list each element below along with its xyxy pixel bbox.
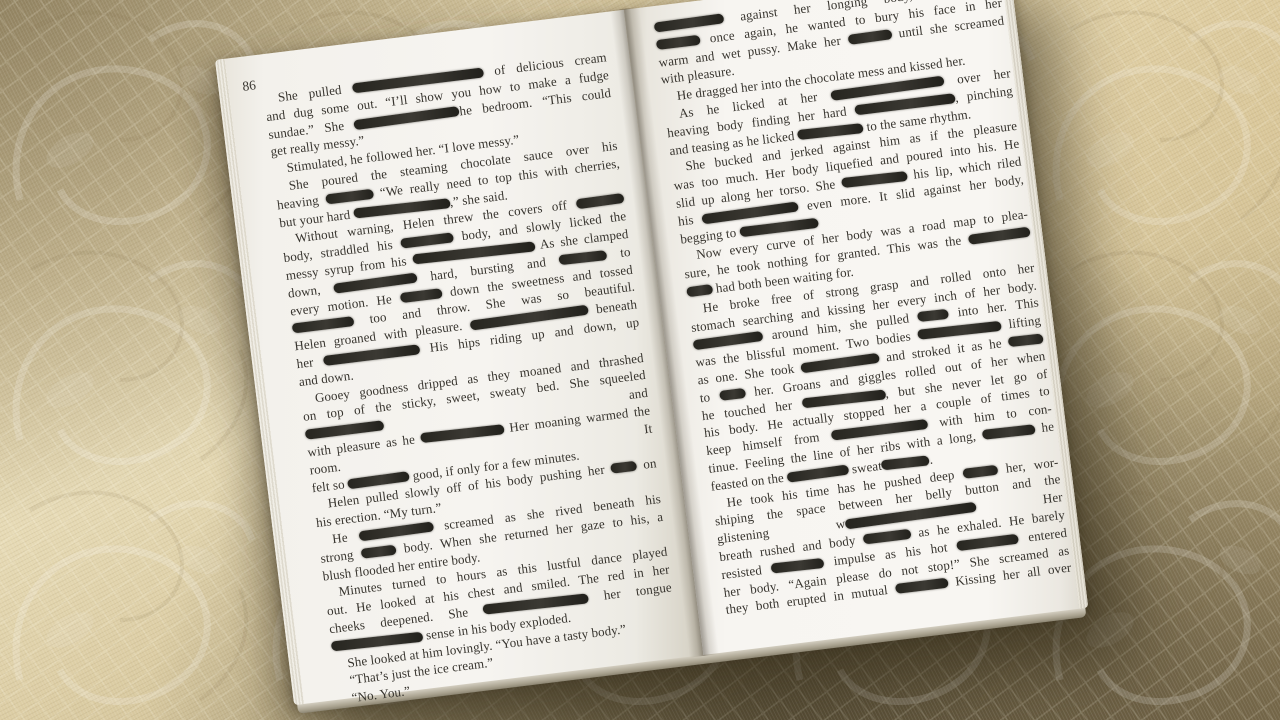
redaction-bar: [918, 309, 950, 322]
text-segment: he: [1034, 418, 1055, 435]
left-page-text: She pulled of delicious creamand dug som…: [263, 48, 681, 708]
text-segment: sweat: [848, 458, 883, 477]
redaction-bar: [862, 529, 911, 545]
text-segment: her: [296, 353, 325, 371]
text-segment: his: [677, 211, 703, 229]
page-number: 86: [242, 77, 257, 95]
redaction-bar: [982, 424, 1036, 440]
redaction-bar: [399, 288, 442, 303]
text-segment: .: [928, 451, 933, 466]
right-page-text: against her longing body, urging him onc…: [653, 0, 1072, 619]
redaction-bar: [895, 578, 949, 594]
redaction-bar: [962, 464, 998, 478]
redaction-bar: [847, 29, 892, 45]
redaction-bar: [881, 455, 930, 470]
text-segment: He: [331, 528, 359, 546]
redaction-bar: [610, 461, 637, 474]
redaction-bar: [686, 284, 713, 297]
text-segment: to: [699, 388, 720, 405]
text-segment: on: [636, 456, 657, 473]
redaction-bar: [361, 544, 397, 558]
text-segment: to: [606, 244, 631, 262]
redaction-bar: [771, 558, 825, 574]
redaction-bar: [559, 250, 608, 265]
open-book: 86 She pulled of delicious creamand dug …: [215, 0, 1088, 705]
redaction-bar: [656, 35, 701, 50]
redaction-bar: [719, 388, 746, 401]
redaction-bar: [325, 189, 374, 205]
redaction-bar: [1008, 333, 1044, 347]
